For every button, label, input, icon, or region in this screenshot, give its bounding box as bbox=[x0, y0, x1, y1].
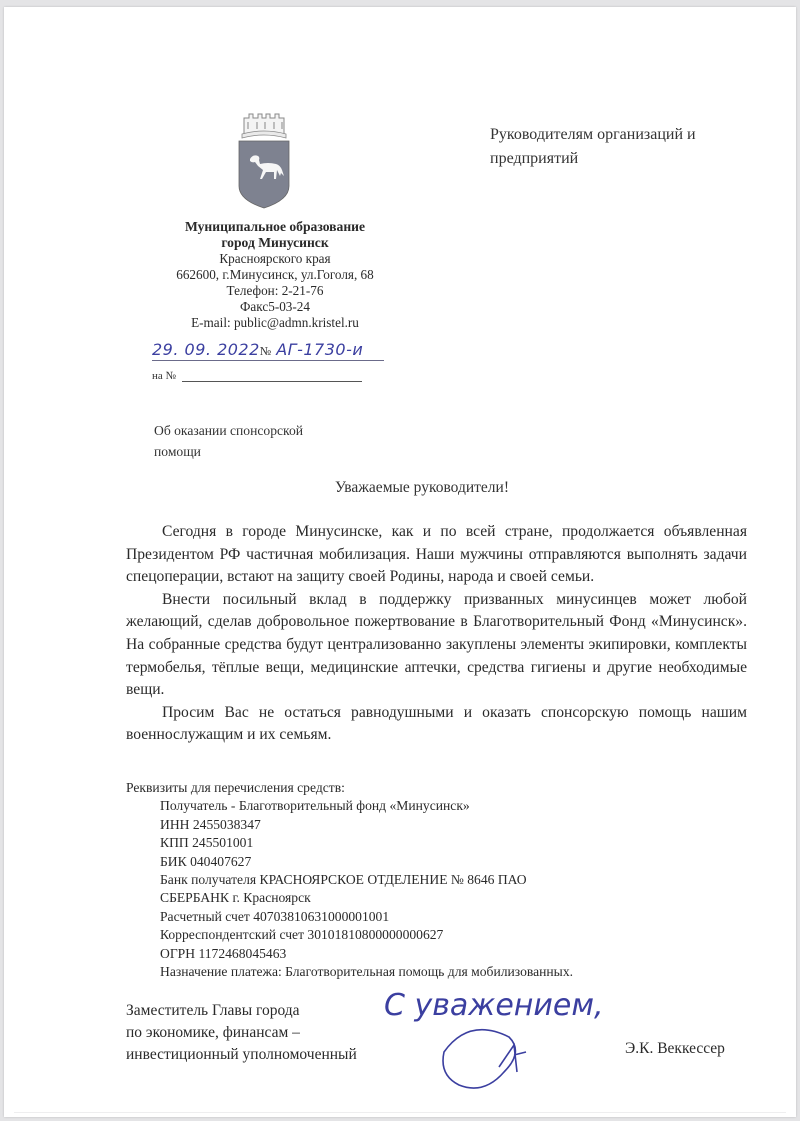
payment-requisites: Реквизиты для перечисления средств: Полу… bbox=[126, 779, 573, 981]
outgoing-reference: 29. 09. 2022№ АГ-1730-и bbox=[152, 340, 384, 360]
org-fax: Факс5-03-24 bbox=[144, 299, 406, 315]
body-paragraph: Сегодня в городе Минусинске, как и по вс… bbox=[126, 521, 747, 589]
ref-number: АГ-1730-и bbox=[276, 340, 363, 359]
ref-date: 29. 09. 2022 bbox=[152, 340, 260, 359]
requisite-bank-line2: СБЕРБАНК г. Красноярск bbox=[160, 889, 573, 907]
org-email: E-mail: public@admn.kristel.ru bbox=[144, 315, 406, 331]
requisite-ogrn: ОГРН 1172468045463 bbox=[160, 945, 573, 963]
subject-line2: помощи bbox=[154, 441, 303, 462]
org-address: 662600, г.Минусинск, ул.Гоголя, 68 bbox=[144, 267, 406, 283]
org-region: Красноярского края bbox=[144, 251, 406, 267]
signatory-title: Заместитель Главы города по экономике, ф… bbox=[126, 1000, 357, 1066]
org-name-line1: Муниципальное образование bbox=[144, 219, 406, 235]
requisite-recipient: Получатель - Благотворительный фонд «Мин… bbox=[160, 797, 573, 815]
signatory-title-line2: по экономике, финансам – bbox=[126, 1022, 357, 1044]
signatory-name: Э.К. Веккессер bbox=[625, 1040, 725, 1058]
page-bottom-divider bbox=[14, 1112, 786, 1113]
requisite-bik: БИК 040407627 bbox=[160, 853, 573, 871]
body-paragraph: Внести посильный вклад в поддержку призв… bbox=[126, 589, 747, 702]
reply-reference: на № bbox=[152, 370, 362, 382]
requisite-kpp: КПП 245501001 bbox=[160, 834, 573, 852]
requisite-bank-line1: Банк получателя КРАСНОЯРСКОЕ ОТДЕЛЕНИЕ №… bbox=[160, 871, 573, 889]
letter-body: Сегодня в городе Минусинске, как и по вс… bbox=[126, 521, 747, 747]
salutation: Уважаемые руководители! bbox=[335, 479, 509, 497]
signatory-title-line1: Заместитель Главы города bbox=[126, 1000, 357, 1022]
handwritten-signature-icon: С уважением, bbox=[374, 977, 664, 1097]
subject-line1: Об оказании спонсорской bbox=[154, 420, 303, 441]
org-phone: Телефон: 2-21-76 bbox=[144, 283, 406, 299]
handwritten-closing: С уважением, bbox=[384, 988, 604, 1023]
sender-block: Муниципальное образование город Минусинс… bbox=[144, 219, 406, 331]
subject-block: Об оказании спонсорской помощи bbox=[154, 420, 303, 462]
reply-label: на № bbox=[152, 370, 176, 382]
ref-number-sign: № bbox=[260, 344, 272, 358]
recipient-line2: предприятий bbox=[490, 147, 696, 171]
requisite-account: Расчетный счет 40703810631000001001 bbox=[160, 908, 573, 926]
letter-page: Муниципальное образование город Минусинс… bbox=[4, 7, 796, 1117]
requisite-corr-account: Корреспондентский счет 30101810800000000… bbox=[160, 926, 573, 944]
org-name-line2: город Минусинск bbox=[144, 235, 406, 251]
body-paragraph: Просим Вас не остаться равнодушными и ок… bbox=[126, 702, 747, 747]
recipient-block: Руководителям организаций и предприятий bbox=[490, 123, 696, 171]
minusinsk-coat-of-arms-icon bbox=[236, 104, 292, 209]
recipient-line1: Руководителям организаций и bbox=[490, 123, 696, 147]
signatory-title-line3: инвестиционный уполномоченный bbox=[126, 1044, 357, 1066]
ref-underline bbox=[152, 360, 384, 361]
requisites-heading: Реквизиты для перечисления средств: bbox=[126, 779, 573, 797]
reply-blank-line bbox=[182, 372, 362, 382]
requisite-inn: ИНН 2455038347 bbox=[160, 816, 573, 834]
